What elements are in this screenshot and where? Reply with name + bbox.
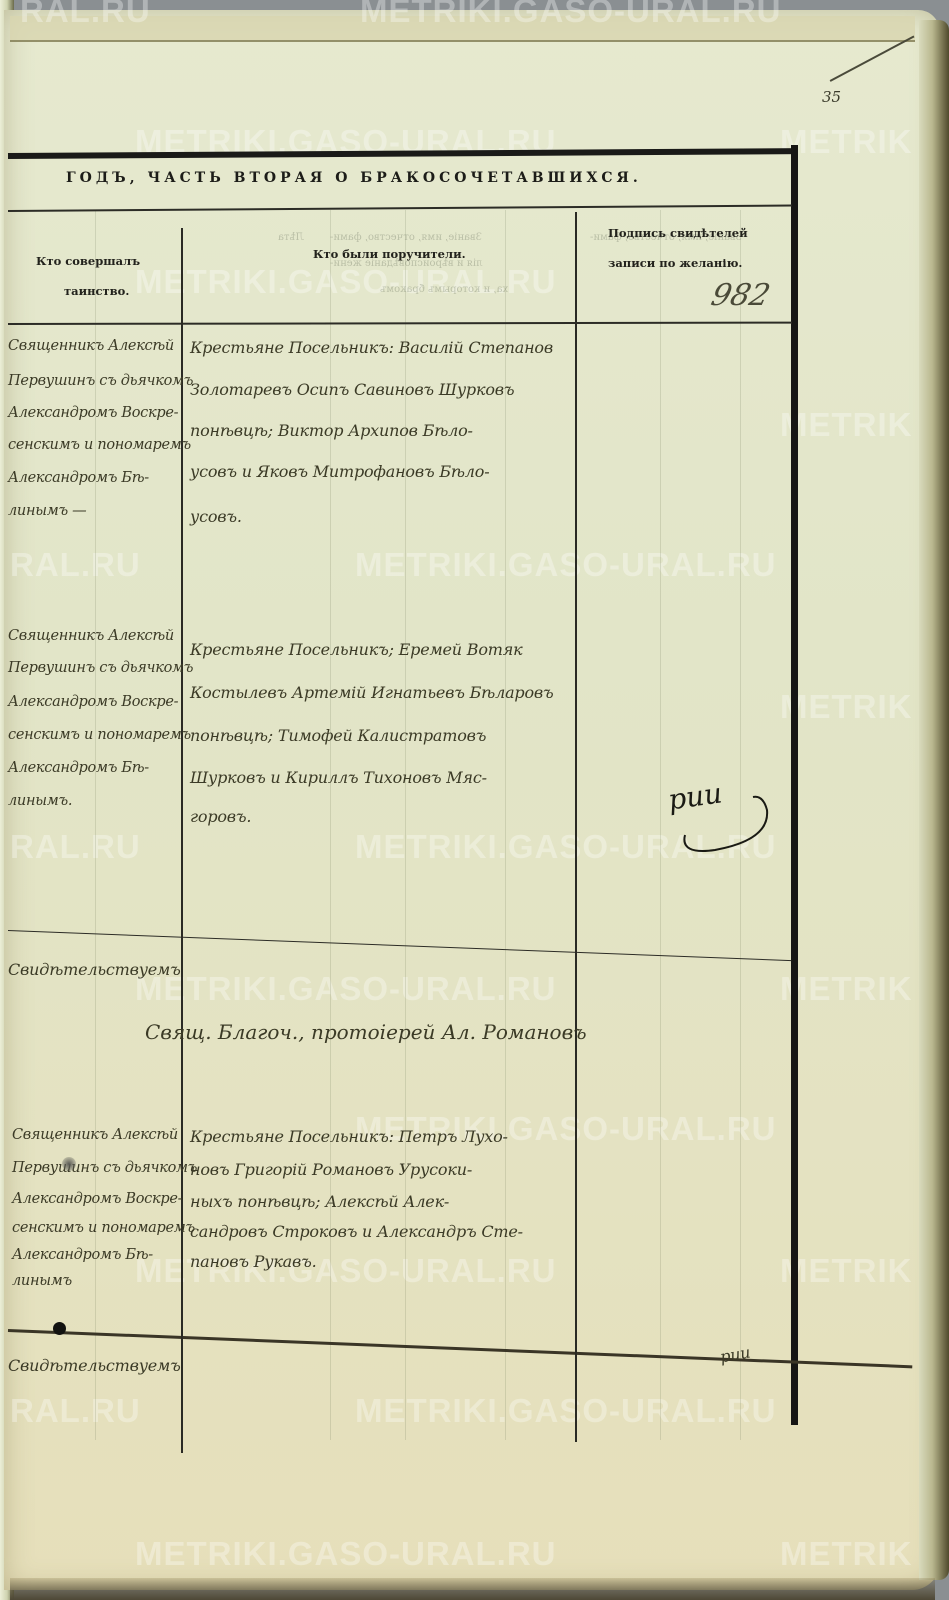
sponsors-line: новъ Григорій Романовъ Урусоки-: [190, 1160, 472, 1179]
officiant-line: сенскимъ и пономаремъ: [12, 1220, 195, 1236]
officiant-line: линымъ —: [8, 503, 86, 519]
certification-text: Свидѣтельствуемъ: [8, 1356, 181, 1375]
sponsors-line: усовъ.: [190, 507, 242, 526]
page-stack-edge: [919, 20, 949, 1580]
officiant-line: Первушинъ съ дьячкомъ: [12, 1160, 197, 1176]
officiant-line: линымъ.: [8, 793, 72, 809]
register-page: [4, 10, 940, 1590]
sponsors-line: Крестьяне Посельникъ; Еремей Вотяк: [190, 640, 523, 659]
sponsors-line: Костылевъ Артемій Игнатьевъ Бѣларовъ: [190, 683, 553, 702]
sponsors-line: Крестьяне Посельникъ: Петръ Лухо-: [190, 1127, 508, 1146]
page-number: 35: [822, 88, 841, 106]
officiant-line: Александромъ Бѣ-: [8, 470, 149, 486]
sponsors-line: понѣвцѣ; Виктор Архипов Бѣло-: [190, 421, 473, 440]
officiant-line: Александромъ Воскре-: [8, 405, 178, 421]
officiant-line: Александромъ Воскре-: [8, 694, 178, 710]
sponsors-line: понѣвцѣ; Тимофей Калистратовъ: [190, 726, 486, 745]
officiant-line: Александромъ Воскре-: [12, 1191, 182, 1207]
officiant-line: сенскимъ и пономаремъ: [8, 727, 191, 743]
signature-flourish-icon: [675, 795, 775, 855]
officiant-line: линымъ: [12, 1273, 72, 1289]
column-header-officiant-line2: таинство.: [64, 284, 129, 298]
column-divider: [575, 212, 577, 1442]
officiant-line: Священникъ Алексѣй: [8, 338, 174, 354]
record-number: 982: [708, 278, 774, 313]
officiant-line: Священникъ Алексѣй: [12, 1127, 178, 1143]
sponsors-line: усовъ и Яковъ Митрофановъ Бѣло-: [190, 462, 489, 481]
sponsors-line: Золотаревъ Осипъ Савиновъ Шурковъ: [190, 380, 514, 399]
certification-text: Свидѣтельствуемъ: [8, 960, 181, 979]
column-header-witness: Подпись свидѣтелей: [608, 226, 748, 240]
bleed-through-text: Званіе, имя, отчество, фами-: [330, 232, 482, 243]
officiant-line: Александромъ Бѣ-: [8, 760, 149, 776]
officiant-line: Священникъ Алексѣй: [8, 628, 174, 644]
bleed-through-text: Лѣта: [278, 232, 304, 243]
sponsors-line: пановъ Рукавъ.: [190, 1252, 316, 1271]
page-title: ГОДЪ, ЧАСТЬ ВТОРАЯ О БРАКОСОЧЕТАВШИХСЯ.: [66, 170, 642, 186]
sponsors-line: горовъ.: [190, 807, 251, 826]
torn-top-edge: [10, 16, 915, 42]
column-header-sponsors: Кто были поручители.: [313, 247, 466, 261]
officiant-line: Первушинъ съ дьячкомъ: [8, 373, 193, 389]
ink-smudge: [62, 1157, 76, 1171]
worn-bottom-edge: [10, 1578, 935, 1600]
ink-blot: [53, 1322, 66, 1335]
bleed-through-text: ха, и которымъ бракомъ: [380, 284, 508, 295]
officiant-line: Александромъ Бѣ-: [12, 1247, 153, 1263]
sponsors-line: Крестьяне Посельникъ: Василій Степанов: [190, 338, 553, 357]
faint-ruling: [660, 210, 661, 1440]
column-header-officiant: Кто совершалъ: [36, 254, 140, 268]
column-header-witness-line2: записи по желанію.: [608, 256, 742, 270]
sponsors-line: сандровъ Строковъ и Александръ Сте-: [190, 1222, 523, 1241]
dean-signature: Свящ. Благоч., протоіерей Ал. Романовъ: [145, 1020, 587, 1044]
officiant-line: Первушинъ съ дьячкомъ: [8, 660, 193, 676]
column-divider: [181, 228, 183, 1453]
officiant-line: сенскимъ и пономаремъ: [8, 437, 191, 453]
table-right-border: [791, 145, 798, 1425]
sponsors-line: ныхъ понѣвцѣ; Алексѣй Алек-: [190, 1192, 449, 1211]
sponsors-line: Шурковъ и Кириллъ Тихоновъ Мяс-: [190, 768, 487, 787]
